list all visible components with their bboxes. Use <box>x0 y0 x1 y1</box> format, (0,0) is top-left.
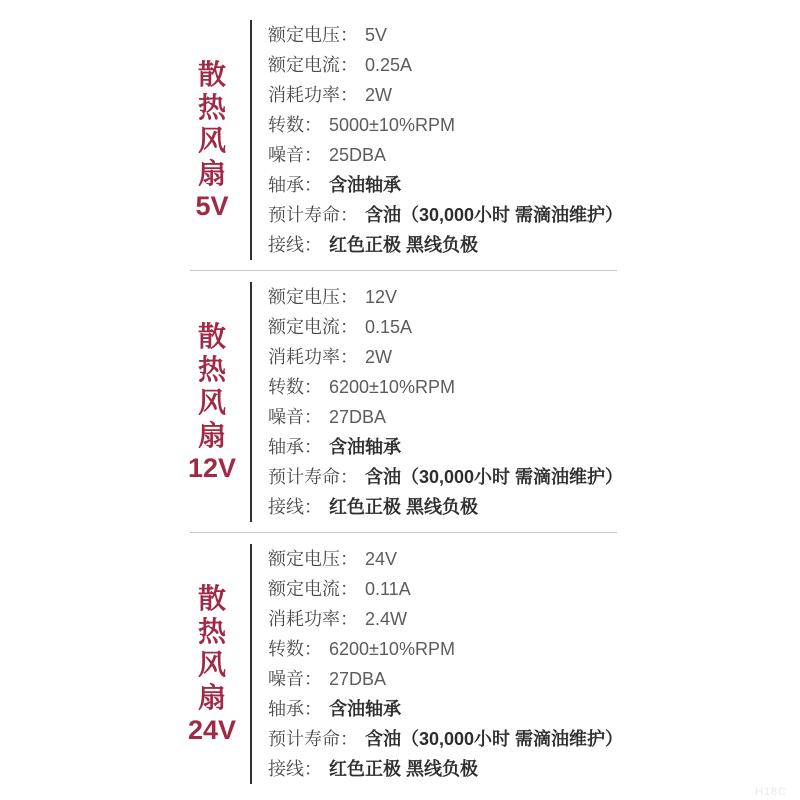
fan-name-char: 扇 <box>182 681 242 714</box>
spec-row-noise: 噪音：27DBA <box>268 402 800 432</box>
spec-row-bearing: 轴承：含油轴承 <box>268 170 800 200</box>
spec-label: 转数： <box>268 377 322 397</box>
spec-list-12v: 额定电压：12V 额定电流：0.15A 消耗功率：2W 转数：6200±10%R… <box>250 282 800 522</box>
spec-label: 额定电压： <box>268 549 358 569</box>
spec-label: 接线： <box>268 235 322 255</box>
spec-row-rated-current: 额定电流：0.25A <box>268 50 800 80</box>
fan-section-5v: 散 热 风 扇 5V 额定电压：5V 额定电流：0.25A 消耗功率：2W 转数… <box>0 20 800 260</box>
fan-section-12v: 散 热 风 扇 12V 额定电压：12V 额定电流：0.15A 消耗功率：2W … <box>0 282 800 522</box>
spec-row-bearing: 轴承：含油轴承 <box>268 694 800 724</box>
spec-value: 2W <box>365 85 392 105</box>
fan-name-char: 风 <box>182 386 242 419</box>
spec-list-5v: 额定电压：5V 额定电流：0.25A 消耗功率：2W 转数：5000±10%RP… <box>250 20 800 260</box>
fan-name-char: 散 <box>182 320 242 353</box>
spec-row-rpm: 转数：5000±10%RPM <box>268 110 800 140</box>
spec-label: 轴承： <box>268 175 322 195</box>
spec-value: 含油轴承 <box>329 175 401 195</box>
spec-row-rated-voltage: 额定电压：24V <box>268 544 800 574</box>
fan-24v-side-label: 散 热 风 扇 24V <box>0 544 250 784</box>
spec-row-wiring: 接线：红色正极 黑线负极 <box>268 230 800 260</box>
fan-name-char: 散 <box>182 58 242 91</box>
spec-value: 12V <box>365 287 397 307</box>
spec-value: 含油轴承 <box>329 437 401 457</box>
spec-value: 6200±10%RPM <box>329 639 455 659</box>
spec-label: 预计寿命： <box>268 467 358 487</box>
spec-label: 接线： <box>268 497 322 517</box>
spec-row-rated-current: 额定电流：0.15A <box>268 312 800 342</box>
fan-name-char: 风 <box>182 124 242 157</box>
spec-label: 额定电流： <box>268 579 358 599</box>
spec-row-bearing: 轴承：含油轴承 <box>268 432 800 462</box>
spec-value: 红色正极 黑线负极 <box>329 235 478 255</box>
fan-voltage-label: 5V <box>182 190 242 223</box>
spec-list-24v: 额定电压：24V 额定电流：0.11A 消耗功率：2.4W 转数：6200±10… <box>250 544 800 784</box>
spec-value: 含油（30,000小时 需滴油维护） <box>365 205 623 225</box>
spec-label: 轴承： <box>268 437 322 457</box>
spec-value: 0.11A <box>365 579 411 599</box>
spec-row-power: 消耗功率：2W <box>268 80 800 110</box>
fan-name-char: 散 <box>182 582 242 615</box>
spec-row-noise: 噪音：25DBA <box>268 140 800 170</box>
spec-value: 6200±10%RPM <box>329 377 455 397</box>
spec-label: 接线： <box>268 759 322 779</box>
spec-value: 红色正极 黑线负极 <box>329 497 478 517</box>
fan-section-24v: 散 热 风 扇 24V 额定电压：24V 额定电流：0.11A 消耗功率：2.4… <box>0 544 800 784</box>
spec-value: 0.15A <box>365 317 412 337</box>
spec-row-lifetime: 预计寿命：含油（30,000小时 需滴油维护） <box>268 724 800 754</box>
spec-value: 2.4W <box>365 609 407 629</box>
spec-label: 额定电流： <box>268 55 358 75</box>
spec-row-rpm: 转数：6200±10%RPM <box>268 372 800 402</box>
fan-name-vertical: 散 热 风 扇 12V <box>182 320 242 485</box>
spec-label: 消耗功率： <box>268 609 358 629</box>
spec-value: 27DBA <box>329 407 386 427</box>
fan-voltage-label: 12V <box>182 452 242 485</box>
fan-name-char: 风 <box>182 648 242 681</box>
section-divider <box>190 532 617 533</box>
spec-row-lifetime: 预计寿命：含油（30,000小时 需滴油维护） <box>268 462 800 492</box>
fan-12v-side-label: 散 热 风 扇 12V <box>0 282 250 522</box>
spec-row-noise: 噪音：27DBA <box>268 664 800 694</box>
spec-label: 预计寿命： <box>268 205 358 225</box>
spec-row-lifetime: 预计寿命：含油（30,000小时 需滴油维护） <box>268 200 800 230</box>
spec-label: 额定电压： <box>268 25 358 45</box>
spec-row-power: 消耗功率：2W <box>268 342 800 372</box>
fan-name-vertical: 散 热 风 扇 24V <box>182 582 242 747</box>
spec-label: 转数： <box>268 115 322 135</box>
spec-value: 27DBA <box>329 669 386 689</box>
spec-label: 额定电流： <box>268 317 358 337</box>
spec-label: 消耗功率： <box>268 347 358 367</box>
fan-voltage-label: 24V <box>182 714 242 747</box>
spec-row-rated-current: 额定电流：0.11A <box>268 574 800 604</box>
fan-name-char: 热 <box>182 91 242 124</box>
spec-row-power: 消耗功率：2.4W <box>268 604 800 634</box>
fan-name-char: 扇 <box>182 419 242 452</box>
spec-row-rated-voltage: 额定电压：12V <box>268 282 800 312</box>
spec-value: 25DBA <box>329 145 386 165</box>
spec-row-wiring: 接线：红色正极 黑线负极 <box>268 492 800 522</box>
spec-label: 额定电压： <box>268 287 358 307</box>
spec-value: 0.25A <box>365 55 412 75</box>
fan-name-char: 热 <box>182 615 242 648</box>
spec-label: 预计寿命： <box>268 729 358 749</box>
section-divider <box>190 270 617 271</box>
spec-value: 红色正极 黑线负极 <box>329 759 478 779</box>
spec-row-rpm: 转数：6200±10%RPM <box>268 634 800 664</box>
fan-5v-side-label: 散 热 风 扇 5V <box>0 20 250 260</box>
spec-row-wiring: 接线：红色正极 黑线负极 <box>268 754 800 784</box>
spec-value: 5V <box>365 25 387 45</box>
spec-label: 消耗功率： <box>268 85 358 105</box>
spec-label: 轴承： <box>268 699 322 719</box>
watermark-text: H18C <box>755 786 787 798</box>
spec-row-rated-voltage: 额定电压：5V <box>268 20 800 50</box>
spec-value: 2W <box>365 347 392 367</box>
spec-value: 24V <box>365 549 397 569</box>
spec-label: 噪音： <box>268 407 322 427</box>
fan-name-vertical: 散 热 风 扇 5V <box>182 58 242 223</box>
spec-label: 噪音： <box>268 669 322 689</box>
fan-name-char: 扇 <box>182 157 242 190</box>
spec-value: 5000±10%RPM <box>329 115 455 135</box>
spec-value: 含油（30,000小时 需滴油维护） <box>365 729 623 749</box>
spec-label: 转数： <box>268 639 322 659</box>
fan-name-char: 热 <box>182 353 242 386</box>
spec-label: 噪音： <box>268 145 322 165</box>
spec-value: 含油轴承 <box>329 699 401 719</box>
spec-value: 含油（30,000小时 需滴油维护） <box>365 467 623 487</box>
